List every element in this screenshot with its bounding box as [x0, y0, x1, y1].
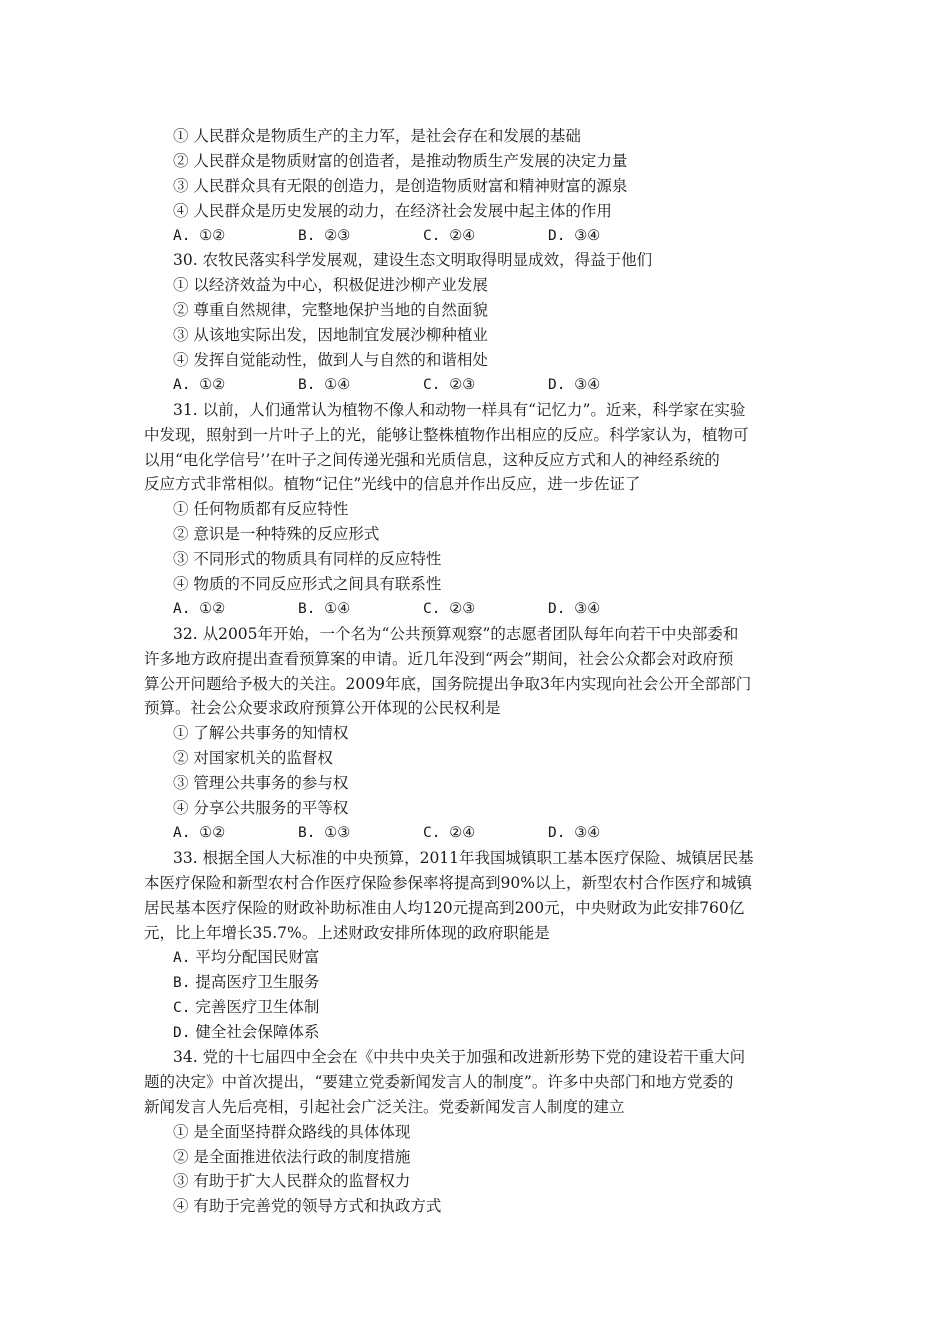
question-stem-line: 新闻发言人先后亮相，引起社会广泛关注。党委新闻发言人制度的建立 — [144, 1095, 812, 1120]
question-stem-line: 33. 根据全国人大标准的中央预算，2011年我国城镇职工基本医疗保险、城镇居民… — [144, 846, 812, 871]
answer-options: A. ①② B. ①④ C. ②③ D. ③④ — [144, 373, 812, 398]
choice-c: C. 完善医疗卫生体制 — [144, 995, 812, 1020]
statement-item: ④ 有助于完善党的领导方式和执政方式 — [144, 1194, 812, 1219]
question-stem-line: 32. 从2005年开始，一个名为“公共预算观察”的志愿者团队每年向若干中央部委… — [144, 622, 812, 647]
option-c: C. ②③ — [423, 597, 548, 622]
statement-item: ② 是全面推进依法行政的制度措施 — [144, 1145, 812, 1170]
choice-key: C. — [173, 1000, 190, 1016]
exam-page: ① 人民群众是物质生产的主力军，是社会存在和发展的基础 ② 人民群众是物质财富的… — [144, 124, 812, 1219]
choice-key: B. — [173, 975, 190, 991]
statement-item: ① 了解公共事务的知情权 — [144, 721, 812, 746]
choice-text: 提高医疗卫生服务 — [195, 973, 319, 991]
statement-item: ③ 有助于扩大人民群众的监督权力 — [144, 1169, 812, 1194]
option-d: D. ③④ — [548, 224, 673, 249]
option-c: C. ②④ — [423, 821, 548, 846]
statement-item: ④ 物质的不同反应形式之间具有联系性 — [144, 572, 812, 597]
option-d: D. ③④ — [548, 373, 673, 398]
option-a: A. ①② — [173, 224, 298, 249]
question-stem-line: 34. 党的十七届四中全会在《中共中央关于加强和改进新形势下党的建设若干重大问 — [144, 1045, 812, 1070]
option-c: C. ②④ — [423, 224, 548, 249]
statement-item: ④ 发挥自觉能动性，做到人与自然的和谐相处 — [144, 348, 812, 373]
choice-key: D. — [173, 1025, 190, 1041]
answer-options: A. ①② B. ②③ C. ②④ D. ③④ — [144, 224, 812, 249]
question-stem-line: 居民基本医疗保险的财政补助标准由人均120元提高到200元，中央财政为此安排76… — [144, 896, 812, 921]
option-a: A. ①② — [173, 373, 298, 398]
option-c: C. ②③ — [423, 373, 548, 398]
question-stem-line: 以用“电化学信号’’在叶子之间传递光强和光质信息，这种反应方式和人的神经系统的 — [144, 448, 812, 473]
question-34: 34. 党的十七届四中全会在《中共中央关于加强和改进新形势下党的建设若干重大问 … — [144, 1045, 812, 1219]
choice-b: B. 提高医疗卫生服务 — [144, 970, 812, 995]
statement-item: ② 人民群众是物质财富的创造者，是推动物质生产发展的决定力量 — [144, 149, 812, 174]
option-b: B. ①④ — [298, 597, 423, 622]
question-stem-line: 预算。社会公众要求政府预算公开体现的公民权利是 — [144, 696, 812, 721]
statement-item: ③ 不同形式的物质具有同样的反应特性 — [144, 547, 812, 572]
answer-options: A. ①② B. ①③ C. ②④ D. ③④ — [144, 821, 812, 846]
option-a: A. ①② — [173, 821, 298, 846]
choice-a: A. 平均分配国民财富 — [144, 945, 812, 970]
question-stem-line: 许多地方政府提出查看预算案的申请。近几年没到“两会”期间，社会公众都会对政府预 — [144, 647, 812, 672]
option-b: B. ①③ — [298, 821, 423, 846]
statement-item: ① 任何物质都有反应特性 — [144, 497, 812, 522]
question-33: 33. 根据全国人大标准的中央预算，2011年我国城镇职工基本医疗保险、城镇居民… — [144, 846, 812, 1045]
statement-item: ① 是全面坚持群众路线的具体体现 — [144, 1120, 812, 1145]
answer-options: A. ①② B. ①④ C. ②③ D. ③④ — [144, 597, 812, 622]
option-b: B. ②③ — [298, 224, 423, 249]
question-stem-line: 本医疗保险和新型农村合作医疗保险参保率将提高到90%以上，新型农村合作医疗和城镇 — [144, 871, 812, 896]
statement-item: ③ 从该地实际出发，因地制宜发展沙柳种植业 — [144, 323, 812, 348]
statement-item: ① 人民群众是物质生产的主力军，是社会存在和发展的基础 — [144, 124, 812, 149]
question-stem-line: 反应方式非常相似。植物“记住”光线中的信息并作出反应，进一步佐证了 — [144, 472, 812, 497]
option-a: A. ①② — [173, 597, 298, 622]
question-stem-line: 元，比上年增长35.7%。上述财政安排所体现的政府职能是 — [144, 921, 812, 946]
statement-item: ④ 人民群众是历史发展的动力，在经济社会发展中起主体的作用 — [144, 199, 812, 224]
statement-item: ② 意识是一种特殊的反应形式 — [144, 522, 812, 547]
option-b: B. ①④ — [298, 373, 423, 398]
question-stem-line: 题的决定》中首次提出，“要建立党委新闻发言人的制度”。许多中央部门和地方党委的 — [144, 1070, 812, 1095]
question-stem-line: 算公开问题给予极大的关注。2009年底，国务院提出争取3年内实现向社会公开全部部… — [144, 672, 812, 697]
statement-item: ③ 管理公共事务的参与权 — [144, 771, 812, 796]
option-d: D. ③④ — [548, 821, 673, 846]
statement-item: ④ 分享公共服务的平等权 — [144, 796, 812, 821]
statement-item: ② 尊重自然规律，完整地保护当地的自然面貌 — [144, 298, 812, 323]
statement-item: ② 对国家机关的监督权 — [144, 746, 812, 771]
question-stem-line: 31. 以前，人们通常认为植物不像人和动物一样具有“记忆力”。近来，科学家在实验 — [144, 398, 812, 423]
question-stem-line: 中发现，照射到一片叶子上的光，能够让整株植物作出相应的反应。科学家认为，植物可 — [144, 423, 812, 448]
choice-d: D. 健全社会保障体系 — [144, 1020, 812, 1045]
question-32: 32. 从2005年开始，一个名为“公共预算观察”的志愿者团队每年向若干中央部委… — [144, 622, 812, 846]
statement-item: ③ 人民群众具有无限的创造力，是创造物质财富和精神财富的源泉 — [144, 174, 812, 199]
question-30: 30. 农牧民落实科学发展观，建设生态文明取得明显成效，得益于他们 ① 以经济效… — [144, 248, 812, 397]
option-d: D. ③④ — [548, 597, 673, 622]
question-29: ① 人民群众是物质生产的主力军，是社会存在和发展的基础 ② 人民群众是物质财富的… — [144, 124, 812, 248]
question-31: 31. 以前，人们通常认为植物不像人和动物一样具有“记忆力”。近来，科学家在实验… — [144, 398, 812, 622]
choice-text: 健全社会保障体系 — [195, 1023, 319, 1041]
statement-item: ① 以经济效益为中心，积极促进沙柳产业发展 — [144, 273, 812, 298]
choice-text: 平均分配国民财富 — [195, 948, 319, 966]
question-stem: 30. 农牧民落实科学发展观，建设生态文明取得明显成效，得益于他们 — [144, 248, 812, 273]
choice-key: A. — [173, 950, 190, 966]
choice-text: 完善医疗卫生体制 — [195, 998, 319, 1016]
